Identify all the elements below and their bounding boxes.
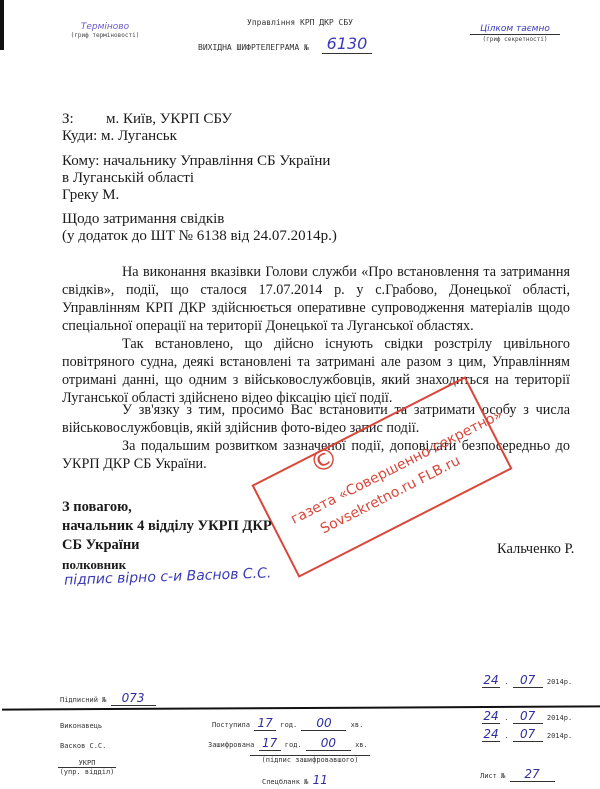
secrecy-stamp: Цілком таємно (гриф секретності) — [470, 24, 560, 43]
sheet-field: Лист № 27 — [480, 767, 555, 782]
subscriber-field: Підписний № 073 — [60, 691, 156, 706]
signature-block: З повагою, начальник 4 відділу УКРП ДКР … — [62, 498, 272, 574]
dept-field: УКРП (упр. відділ) — [58, 759, 116, 776]
secrecy-caption: (гриф секретності) — [470, 34, 560, 43]
signature-line: начальник 4 відділу УКРП ДКР — [62, 517, 272, 536]
secrecy-handwritten: Цілком таємно — [470, 24, 560, 34]
body-paragraph: На виконання вказівки Голови служби «Про… — [62, 263, 570, 335]
recipient-block: Кому: начальнику Управління СБ України в… — [62, 153, 330, 204]
executor-name: Васков С.С. — [60, 742, 106, 750]
recipient-line: Кому: начальнику Управління СБ України — [62, 153, 330, 170]
cipher-caption: (підпис зашифровавшого) — [250, 755, 370, 764]
sheet-value: 27 — [510, 767, 555, 782]
received-field: Поступила 17 год. 00 хв. — [212, 716, 363, 731]
subscriber-label: Підписний № — [60, 696, 106, 704]
executor-label: Виконавець — [60, 722, 102, 730]
signature-line: СБ України — [62, 536, 272, 555]
specblank-field: Спецбланк № 11 — [262, 773, 328, 787]
recipient-line: Греку М. — [62, 187, 330, 204]
to-value: м. Луганськ — [101, 128, 177, 144]
subject-reference: (у додаток до ШТ № 6138 від 24.07.2014р.… — [62, 228, 337, 245]
to-label: Куди: — [62, 128, 97, 144]
signatory-name: Кальченко Р. — [497, 541, 574, 558]
subject-line: Щодо затримання свідків — [62, 211, 337, 228]
from-label: З: — [62, 111, 106, 128]
telegram-label: ВИХІДНА ШИФРТЕЛЕГРАМА № — [198, 43, 309, 52]
date-top: 24 . 07 2014р. — [482, 673, 572, 688]
date-encrypted: 24 . 07 2014р. — [482, 727, 572, 742]
from-line: З:м. Київ, УКРП СБУ — [62, 111, 232, 128]
encrypted-field: Зашифрована 17 год. 00 хв. — [208, 736, 368, 751]
signature-line: З повагою, — [62, 498, 272, 517]
recipient-line: в Луганській області — [62, 170, 330, 187]
date-received: 24 . 07 2014р. — [482, 709, 572, 724]
body-paragraph: Так встановлено, що дійсно існують свідк… — [62, 335, 570, 407]
from-value: м. Київ, УКРП СБУ — [106, 111, 232, 127]
telegram-number: 6130 — [322, 34, 372, 54]
to-line: Куди: м. Луганськ — [62, 128, 177, 145]
dept-value: УКРП — [58, 759, 116, 768]
subscriber-value: 073 — [111, 691, 156, 706]
specblank-value: 11 — [313, 773, 328, 787]
dept-caption: (упр. відділ) — [58, 768, 116, 776]
subject-block: Щодо затримання свідків (у додаток до ШТ… — [62, 211, 337, 245]
urgency-caption: (гриф терміновості) — [60, 32, 150, 39]
